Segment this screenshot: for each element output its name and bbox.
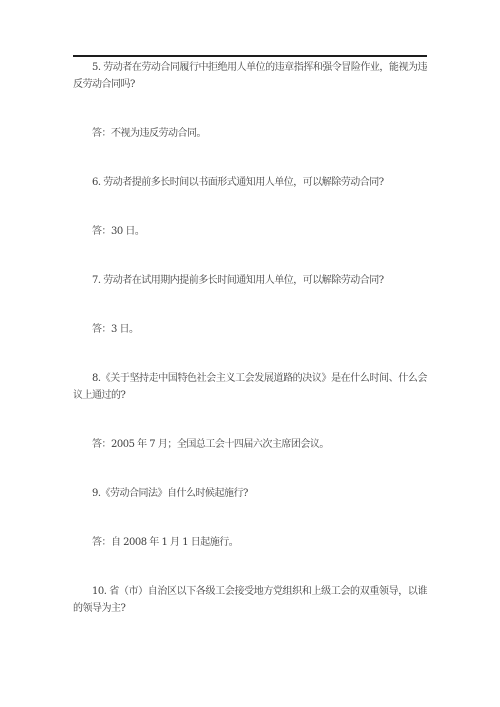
question-paragraph: 8.《关于坚持走中国特色社会主义工会发展道路的决议》是在什么时间、什么会议上通过… xyxy=(73,370,427,404)
question-paragraph: 10. 省（市）自治区以下各级工会接受地方党组织和上级工会的双重领导，以谁的领导… xyxy=(73,583,427,617)
question-paragraph: 5. 劳动者在劳动合同履行中拒绝用人单位的违章指挥和强令冒险作业，能视为违反劳动… xyxy=(73,59,427,93)
top-rule xyxy=(73,55,427,57)
question-paragraph: 9.《劳动合同法》自什么时候起施行? xyxy=(73,485,427,502)
question-paragraph: 6. 劳动者提前多长时间以书面形式通知用人单位，可以解除劳动合同? xyxy=(73,174,427,191)
answer-paragraph: 答：3 日。 xyxy=(73,321,427,338)
document-page: 5. 劳动者在劳动合同履行中拒绝用人单位的违章指挥和强令冒险作业，能视为违反劳动… xyxy=(0,0,500,707)
answer-paragraph: 答：30 日。 xyxy=(73,223,427,240)
question-paragraph: 7. 劳动者在试用期内提前多长时间通知用人单位，可以解除劳动合同? xyxy=(73,272,427,289)
answer-paragraph: 答：自 2008 年 1 月 1 日起施行。 xyxy=(73,534,427,551)
answer-paragraph: 答：2005 年 7 月；全国总工会十四届六次主席团会议。 xyxy=(73,436,427,453)
qa-list: 5. 劳动者在劳动合同履行中拒绝用人单位的违章指挥和强令冒险作业，能视为违反劳动… xyxy=(73,59,427,649)
answer-paragraph: 答：不视为违反劳动合同。 xyxy=(73,125,427,142)
